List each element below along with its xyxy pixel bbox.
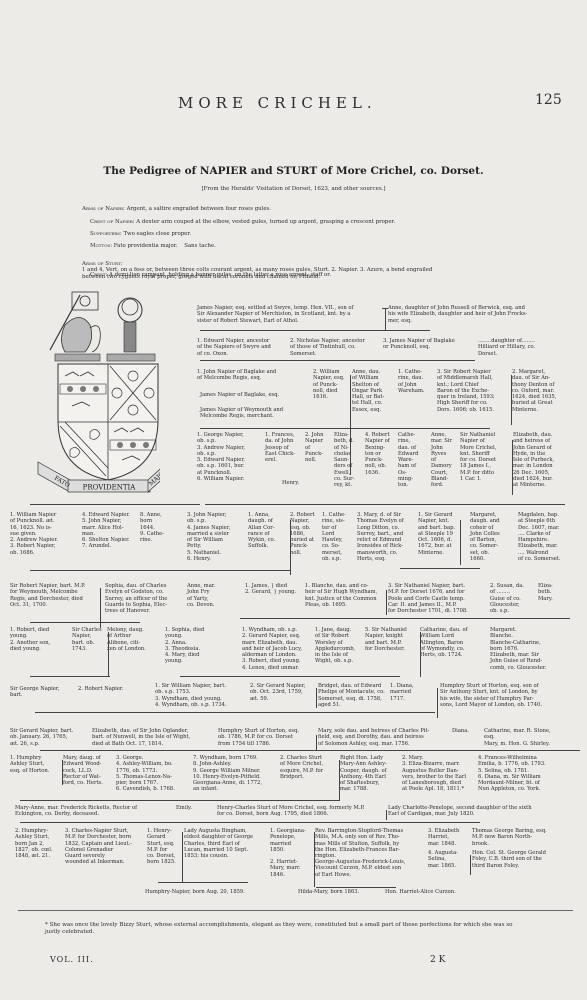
entry-catharine-allington: Catharine, dau. of William Lord Allingto… [420,627,480,658]
entry-sophia-evelyn: Sophia, dau. of Charles Evelyn of Godsto… [105,583,185,614]
entry-john-napier-sons: 3. John Napier, ob. s.p. 4. James Napier… [187,512,247,562]
entry-elizabeth-gerard: Elizabeth, dau. and heiress of John Gera… [513,432,583,489]
crest-of-napier: Crest of Napier: A dexter arm couped at … [90,219,570,226]
entry-james-napier-baglake: 3. James Napier of Baglake or Puncknoll,… [383,338,478,351]
entry-lady-charlotte-penelope: Lady Charlotte-Penelope, second daughter… [388,805,578,818]
entry-elizabeth-oglander: Elizabeth, dau. of Sir John Oglander, ba… [92,728,212,747]
entry-magdalen-elizabeth: Magdalen, bap. at Steeple 6th Dec. 1607,… [518,512,583,562]
entry-melony-alibone: Melony, daug. of Arthur Alibone, citi- z… [107,627,162,652]
page-title: MORE CRICHEL. [178,94,377,112]
entry-robert-another-son: 1. Robert, died young. 2. Another son, d… [10,627,70,652]
entry-anne-russell: Anne, daughter of John Russell of Berwic… [388,305,583,324]
volume-label: VOL. III. [50,955,94,964]
entry-james-napier-swyre: James Napier, esq. settled at Swyre, tem… [197,305,392,324]
entry-mary-evelyn: 3. Mary, d. of Sir Thomas Evelyn of Long… [357,512,422,562]
page-number: 125 [535,92,562,108]
entry-sir-william-napier-bart: 1. Sir William Napier, bart. ob. s.p. 17… [155,683,245,708]
entry-james-napier-weymouth: James Napier of Weymouth and Melcombe Re… [200,407,310,420]
mottos-label: Mottos: [90,243,112,249]
entry-sir-robert-napier-bart: Sir Robert Napier, bart. M.P. for Weymou… [10,583,105,608]
entry-catherine-wareham-2: Cathe- rine, dau. of Edward Ware- ham of… [398,432,433,489]
arms-sturt-label: Arms of Sturt: [82,261,122,267]
entry-catharine-mary: Catharine, mar. R. Stone, esq. Mary, m. … [484,728,579,747]
entry-sir-gerard-napier: 1. Sir Gerard Napier, knt. and bart. bap… [418,512,473,556]
signature-mark: 2 K [430,955,445,965]
footnote-divider [18,910,573,911]
arms-napier-label: Arms of Napier: [82,206,125,212]
entry-margaret-denton: 2. Margaret, dau. of Sir An- thony Dento… [512,369,582,413]
entry-frances-wilhelmina: 4. Frances-Wilhelmina Emilia, b. 1776, o… [478,755,578,793]
entry-charles-napier-sturt: 3. Charles-Napier Sturt, M.P. for Dorche… [65,828,145,866]
supporters-label: Supporters: [90,231,122,237]
entry-hilliard-daughter: ........daughter of........ Hilliard or … [478,338,578,357]
entry-catherine-wareham: 1. Cathe- rine, dau. of John Wareham. [398,369,438,394]
motto-right: MAJOR [148,467,160,487]
motto-center: PROVIDENTIA [83,484,137,492]
entry-sir-gerard-napier-bart: Sir Gerard Napier, bart. ob. January. 26… [10,728,95,747]
entry-henry: Henry. [282,480,312,486]
arms-of-napier: Arms of Napier: Argent, a saltire engrai… [82,206,562,213]
pedigree-title: The Pedigree of NAPIER and STURT of More… [0,165,587,177]
entry-humphry-ashley-sturt: 1. Humphry Ashley Sturt, esq. of Horton. [10,755,65,774]
entry-sophia-daughters: 1. Sophia, died young. 2. Anna. 3. Theod… [165,627,225,665]
entry-robert-napier-2: 2. Robert Napier. [78,686,138,692]
entry-james-gerard-died-young: 1. James, } died 2. Gerard, } young. [245,583,305,596]
entry-sir-charles-napier: Sir Charles Napier, bart. ob. 1743. [72,627,107,652]
entry-thomas-george-baring: Thomas George Baring, esq. M.P. now Baro… [472,828,577,847]
entry-georgiana-penelope: 1. Georgiana- Penelope, married 1850. [270,828,315,853]
entry-hilda-mary: Hilda-Mary, born 1863. [298,889,378,895]
crest-napier-label: Crest of Napier: [90,219,135,225]
footnote: * She was once the lovely Bizzy Sturt, w… [45,922,565,936]
entry-humphry-napier: Humphry-Napier, born Aug. 20, 1859. [145,889,265,895]
entry-anna-corrance: 1. Anna, daugh. of Allan Cor- rance of W… [248,512,288,550]
entry-edward-napier-sons: 4. Edward Napier. 5. John Napier, marr. … [82,512,142,550]
entry-edward-napier: 1. Edward Napier, ancestor of the Napier… [197,338,287,357]
entry-sir-robert-napier: 3. Sir Robert Napier of Middlemarsh Hall… [437,369,512,413]
entry-henry-charles-sturt: Henry-Charles Sturt of More Crichel, esq… [217,805,387,818]
entry-mary-anne-ricketts: Mary-Anne, mar. Frederick Ricketts, Rect… [15,805,175,818]
entry-anne-fry: Anne, mar. John Fry of Yarty, co. Devon. [187,583,232,608]
crest-of-sturt: Crest: A demi-lion rampant, holding a ba… [90,272,570,279]
entry-susan-guise: 2. Susan, da. of ........ Guise of co. G… [490,583,540,614]
entry-charles-sturt: 2. Charles Sturt of More Crichel, esquir… [280,755,340,780]
entry-rev-barrington-mills: Rev. Barrington-Stopford-Thomas Mills, M… [315,828,425,859]
entry-anne-catherine: 8. Anne, born 1644. 9. Cathe- rine. [140,512,175,543]
entry-sir-gerard-napier-2: 2. Sir Gerard Napier, ob. Oct. 23rd, 175… [250,683,315,702]
mottos-text: Fato providentia major. Sans tache. [114,243,216,249]
entry-lady-mary-ann-ashley-cooper: Right Hon. Lady Mary-Ann Ashley- Cooper,… [340,755,402,793]
entry-wyndham-sons: 1. Wyndham, ob. s.p. 2. Gerard Napier, e… [242,627,312,671]
entry-harriet-alice-curzon: Hon. Harriet-Alice Curzon. [385,889,485,895]
entry-elizabeth-saunders: Eliza- beth, d. of Ni- cholas Saun- ders… [334,432,366,489]
entry-sir-nathaniel-napier: Sir Nathaniel Napier of More Crichel, kn… [460,432,515,482]
mottos: Mottos: Fato providentia major. Sans tac… [90,243,570,250]
entry-sir-nathaniel-napier-knight: 5. Sir Nathaniel Napier, knight and bart… [365,627,415,652]
entry-margaret-blanche: Margaret. Blanche. Blanche-Catharine, bo… [490,627,575,671]
entry-frances-jessop: 1. Frances, da. of John Jessop of East C… [265,432,303,463]
entry-humphry-ashley-sturt-2: 2. Humphry- Ashley Sturt, born Jan 2, 18… [15,828,65,859]
entry-humphry-sturt: Humphry Sturt of Horton, esq. son of Sir… [440,683,580,708]
entry-wyndham-brothers: 7. Wyndham, born 1769. 8. John-Ashley. 9… [193,755,278,793]
entry-henry-gerard-sturt: 1. Henry- Gerard Sturt, esq. M.P. for co… [147,828,182,866]
pedigree-source: [From the Heralds' Visitation of Dorset,… [0,186,587,192]
entry-diana: Diana. [452,728,482,734]
supporters-text: Two eagles close proper. [124,231,192,237]
entry-emily: Emily. [176,805,201,811]
crest-sturt-text: A demi-lion rampant, holding a banner gu… [109,272,331,278]
entry-robert-napier-esq: 2. Robert Napier, esq. ob. 1686, buried … [290,512,325,556]
entry-margaret-colles: Margaret, daugh. and coheir of John Coll… [470,512,515,562]
entry-mary-woodcock: Mary, daug. of Edward Wood- cock, LL.D. … [63,755,118,786]
supporters: Supporters: Two eagles close proper. [90,231,570,238]
crest-sturt-label: Crest: [90,272,107,278]
entry-harriet-mary: 2. Harriet- Mary, marr. 1846. [270,859,315,878]
entry-nicholas-napier: 2. Nicholas Napier, ancestor of those of… [290,338,380,357]
entry-augusta-selina: 4. Augusta- Selina, mar. 1865. [428,850,468,869]
entry-jane-worsley: 1. Jane, daug. of Sir Robert Worsley of … [315,627,365,665]
crest-napier-text: A dexter arm couped at the elbow, vested… [136,219,395,225]
entry-sir-nathaniel-napier-bart: 3. Sir Nathaniel Napier, bart. M.P. for … [388,583,483,614]
entry-john-napier-baglake: 1. John Napier of Baglake and of Melcomb… [197,369,297,382]
entry-viscount-curzon: George-Augustus-Frederick-Louis, Viscoun… [315,859,425,878]
entry-elizabeth-mary: Eliza- beth. Mary. [538,583,573,602]
entry-mary-eliza-bizarre: 2. Mary. 3. Eliza-Bizarre, marr. Augustu… [402,755,487,793]
entry-catherine-hawley: 1. Cathe- rine, sis- ter of Lord Hawley,… [322,512,357,562]
entry-diana-married: 1. Diana, married 1717. [390,683,430,702]
entry-james-napier-baglake-2: James Napier of Baglake, esq. [200,392,300,398]
entry-lady-augusta-bingham: Lady Augusta Bingham, eldest daughter of… [184,828,269,859]
entry-anne-shelton: Anne, dau. of William Shelton of Ongar P… [352,369,402,413]
entry-william-napier-puncknoll: 1. William Napier of Puncknoll. æt. 16, … [10,512,85,556]
coat-of-arms-icon: FATO PROVIDENTIA MAJOR [10,280,160,495]
entry-col-foley: Hon. Col. St. George Gerald Foley, C.B. … [472,850,577,869]
entry-john-napier-puncknoll: 2. John Napier of Punck- noll. [305,432,335,463]
entry-bridget-phelips: Bridget, dau. of Edward Phelips of Monta… [318,683,388,708]
entry-sir-george-napier: Sir George Napier, bart. [10,686,70,699]
entry-george-napier-and-brothers: 1. George Napier, ob. s.p. 3. Andrew Nap… [197,432,272,482]
entry-mary-pitfield: Mary, sole dau. and heiress of Charles P… [318,728,448,747]
entry-elizabeth-harriet: 3. Elizabeth Harriet, mar. 1848. [428,828,468,847]
entry-blanche-wyndham: 1. Blanche, dau. and co- heir of Sir Hug… [305,583,385,608]
entry-humphry-sturt-horton: Humphry Sturt of Horton, esq. ob. 1786, … [218,728,318,747]
entry-robert-napier-bexington: 4. Robert Napier of Bexing- ton or Punck… [365,432,400,476]
arms-napier-text: Argent, a saltire engrailed between four… [127,206,271,212]
entry-william-napier: 2. William Napier, esq. of Punck- noll, … [313,369,353,400]
entry-george-brothers: 3. George. 4. Ashley-William, bo. 1776, … [116,755,191,793]
